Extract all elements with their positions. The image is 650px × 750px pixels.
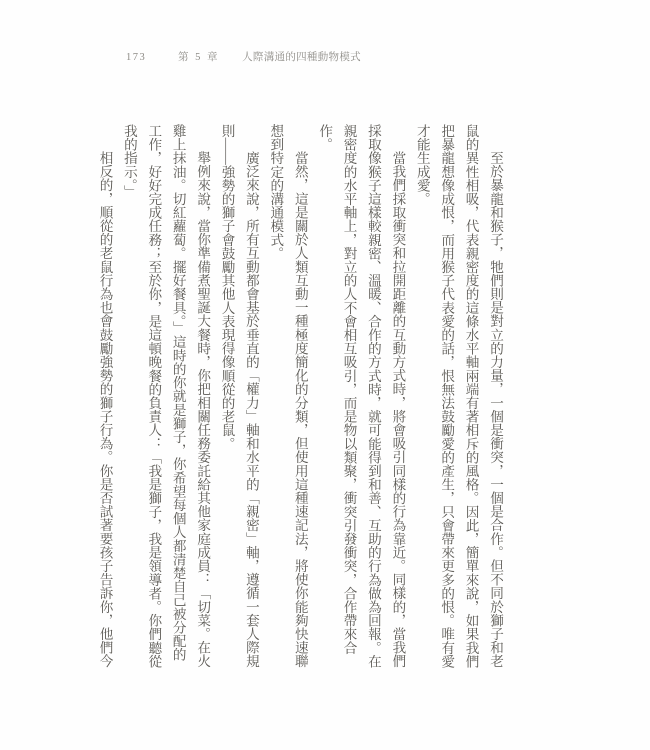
body-paragraph: 廣泛來說，所有互動都會基於垂直的「權力」軸和水平的「親密」軸，遵循一套人際規則—… [214, 124, 263, 670]
body-paragraph: 相反的，順從的老鼠行為也會鼓勵強勢的獅子行為。你是否試著要孩子告訴你，他們今 [92, 124, 116, 670]
body-paragraph: 當然，這是關於人類互動一種極度簡化的分類，但使用這種速記法，將使你能夠快速聯想到… [263, 124, 312, 670]
chapter-heading: 第 5 章 人際溝通的四種動物模式 [178, 50, 361, 65]
body-paragraph: 至於暴龍和猴子，牠們則是對立的力量，一個是衝突，一個是合作。但不同於獅子和老鼠的… [409, 124, 507, 670]
running-head: 173 第 5 章 人際溝通的四種動物模式 [0, 50, 650, 65]
article-body: 至於暴龍和猴子，牠們則是對立的力量，一個是衝突，一個是合作。但不同於獅子和老鼠的… [116, 124, 507, 670]
page-number: 173 [126, 50, 146, 65]
body-paragraph: 舉例來說，當你準備煮聖誕大餐時，你把相關任務委託給其他家庭成員：「切菜。在火雞上… [117, 124, 215, 670]
chapter-label: 第 5 章 [178, 52, 220, 63]
chapter-title: 人際溝通的四種動物模式 [242, 52, 361, 63]
book-page: 173 第 5 章 人際溝通的四種動物模式 至於暴龍和猴子，牠們則是對立的力量，… [0, 0, 650, 750]
body-paragraph: 當我們採取衝突和拉開距離的互動方式時，將會吸引同樣的行為靠近。同樣的，當我們採取… [312, 124, 410, 670]
